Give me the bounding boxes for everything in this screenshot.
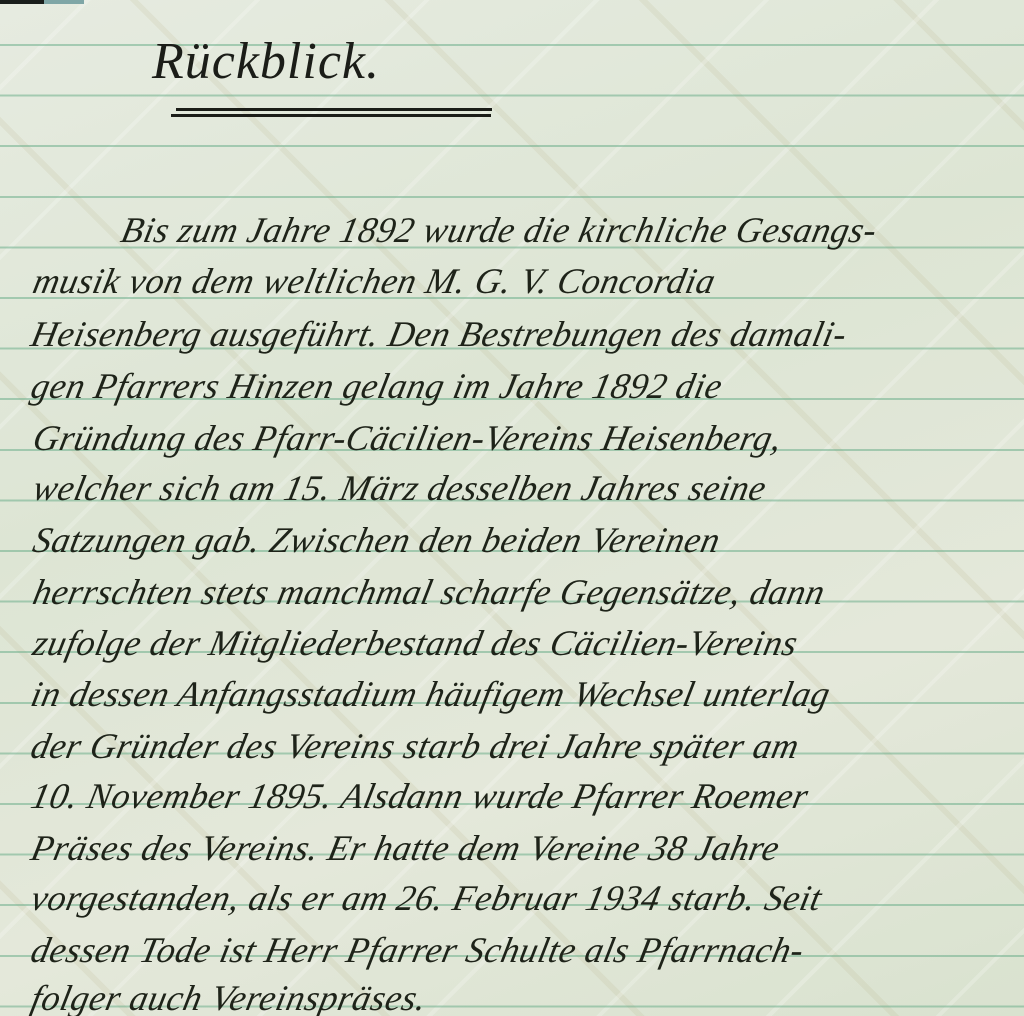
text-line-16: folger auch Vereinspräses. [28,980,430,1016]
title-underline-bottom [171,114,491,117]
text-line-3: Heisenberg ausgeführt. Den Bestrebungen … [28,316,850,352]
text-line-14: vorgestanden, als er am 26. Februar 1934… [28,880,825,916]
text-line-15: dessen Tode ist Herr Pfarrer Schulte als… [28,932,807,968]
text-line-10: in dessen Anfangsstadium häufigem Wechse… [28,676,834,712]
text-line-6: welcher sich am 15. März desselben Jahre… [30,470,770,506]
text-line-5: Gründung des Pfarr-Cäcilien-Vereins Heis… [30,420,786,456]
text-line-2: musik von dem weltlichen M. G. V. Concor… [30,263,719,299]
text-line-8: herrschten stets manchmal scharfe Gegens… [30,574,829,610]
text-line-11: der Gründer des Vereins starb drei Jahre… [28,728,803,764]
text-line-12: 10. November 1895. Alsdann wurde Pfarrer… [28,778,812,814]
text-line-7: Satzungen gab. Zwischen den beiden Verei… [30,522,724,558]
text-line-9: zufolge der Mitgliederbestand des Cäcili… [30,625,801,661]
text-line-1: Bis zum Jahre 1892 wurde die kirchliche … [118,212,881,248]
text-line-4: gen Pfarrers Hinzen gelang im Jahre 1892… [28,368,726,404]
title-underline-top [176,108,492,111]
text-line-13: Präses des Vereins. Er hatte dem Vereine… [28,830,783,866]
handwritten-page: Rückblick. Bis zum Jahre 1892 wurde die … [0,0,1024,1016]
page-title: Rückblick. [152,36,380,88]
